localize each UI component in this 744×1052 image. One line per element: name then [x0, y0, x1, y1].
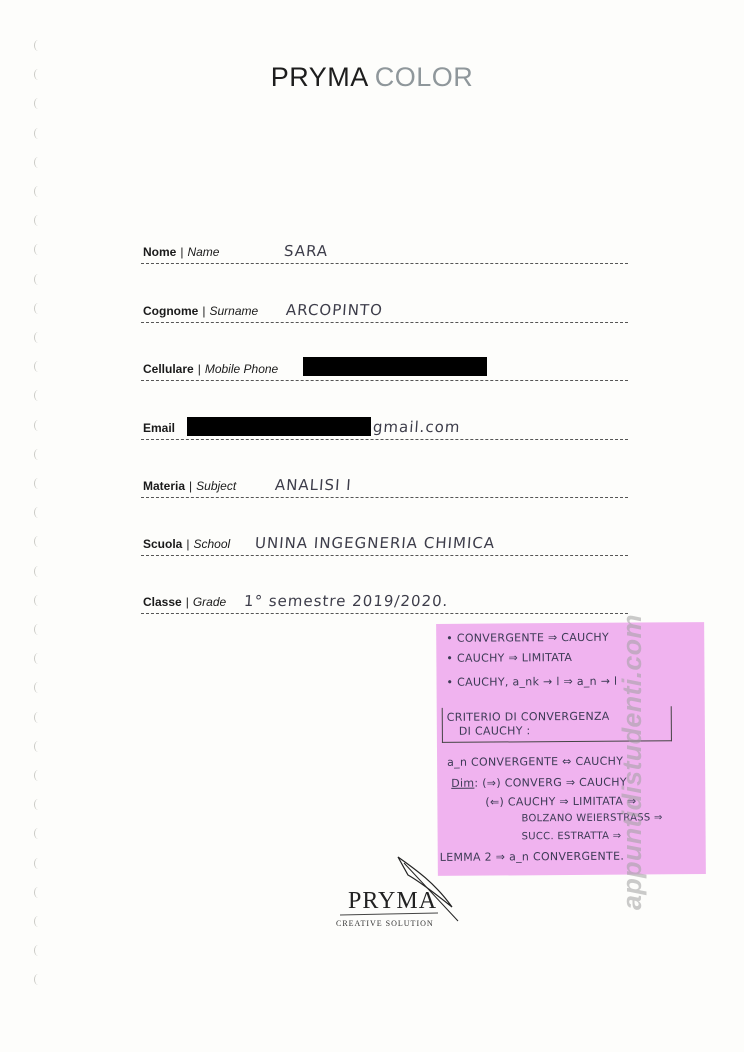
field-school: Scuola|School UNINA INGEGNERIA CHIMICA [141, 531, 628, 556]
binder-hole [34, 653, 42, 664]
note-line: • CONVERGENTE ⇒ CAUCHY [446, 631, 609, 645]
binder-hole [34, 624, 42, 635]
binder-hole [34, 274, 42, 285]
field-label-en: School [193, 537, 230, 551]
field-label: Cellulare [143, 362, 194, 376]
binder-hole [34, 566, 42, 577]
field-subject: Materia|Subject ANALISI I [141, 473, 628, 498]
binder-hole [34, 157, 42, 168]
field-label: Scuola [143, 537, 182, 551]
field-label-en: Surname [209, 304, 258, 318]
field-label-en: Subject [196, 479, 236, 493]
binder-hole [34, 40, 42, 51]
field-label: Classe [143, 595, 182, 609]
footer-logo: PRYMA CREATIVE SOLUTION [330, 855, 470, 935]
field-label: Email [143, 421, 175, 435]
note-line: CRITERIO DI CONVERGENZA [447, 710, 610, 724]
binder-hole [34, 712, 42, 723]
binder-hole [34, 916, 42, 927]
note-line: a_n CONVERGENTE ⇔ CAUCHY [447, 755, 623, 769]
logo-name: PRYMA [348, 888, 437, 915]
field-label: Cognome [143, 304, 198, 318]
field-grade: Classe|Grade 1° semestre 2019/2020. [141, 589, 628, 614]
binder-hole [34, 682, 42, 693]
binder-hole [34, 244, 42, 255]
logo-tagline: CREATIVE SOLUTION [336, 919, 434, 928]
binder-hole [34, 186, 42, 197]
redaction-bar [303, 357, 487, 376]
binder-hole [34, 361, 42, 372]
binder-hole [34, 215, 42, 226]
sticky-note: • CONVERGENTE ⇒ CAUCHY • CAUCHY ⇒ LIMITA… [436, 622, 706, 876]
redaction-bar [187, 417, 371, 436]
note-line: DI CAUCHY : [459, 724, 531, 737]
binder-hole [34, 945, 42, 956]
binder-hole [34, 595, 42, 606]
watermark: appuntidistudenti.com [617, 614, 648, 910]
brand-name-part2: COLOR [375, 62, 474, 92]
binder-hole [34, 449, 42, 460]
binder-hole [34, 887, 42, 898]
binder-hole [34, 303, 42, 314]
field-value-surname: ARCOPINTO [285, 301, 383, 319]
note-line: SUCC. ESTRATTA ⇒ [522, 831, 622, 843]
binder-hole [34, 390, 42, 401]
binder-hole [34, 536, 42, 547]
binder-hole [34, 420, 42, 431]
field-label-en: Grade [193, 595, 226, 609]
binder-hole [34, 478, 42, 489]
binder-hole [34, 98, 42, 109]
field-mobile-phone: Cellulare|Mobile Phone [141, 356, 628, 381]
field-email: Email gmail.com [141, 415, 628, 440]
binder-hole [34, 332, 42, 343]
field-value-name: SARA [283, 242, 328, 260]
binder-hole [34, 799, 42, 810]
field-label: Nome [143, 245, 176, 259]
field-surname: Cognome|Surname ARCOPINTO [141, 298, 628, 323]
field-value-email: gmail.com [372, 418, 461, 436]
field-label: Materia [143, 479, 185, 493]
note-line: Dim [451, 777, 474, 790]
binder-hole [34, 974, 42, 985]
field-value-subject: ANALISI I [274, 476, 352, 494]
field-label-en: Mobile Phone [205, 362, 278, 376]
field-value-grade: 1° semestre 2019/2020. [243, 592, 449, 610]
note-line: (⇐) CAUCHY ⇒ LIMITATA ⇒ [485, 795, 636, 809]
binder-hole [34, 828, 42, 839]
binder-hole [34, 770, 42, 781]
field-label-en: Name [187, 245, 219, 259]
brand-header: PRYMACOLOR [0, 62, 744, 93]
binder-hole [34, 128, 42, 139]
binder-hole [34, 507, 42, 518]
note-line: • CAUCHY ⇒ LIMITATA [446, 651, 572, 665]
binder-hole [34, 741, 42, 752]
brand-name-part1: PRYMA [271, 62, 369, 92]
note-line: • CAUCHY, a_nk → l ⇒ a_n → l [446, 675, 617, 689]
field-value-school: UNINA INGEGNERIA CHIMICA [254, 534, 495, 552]
note-line: : (⇒) CONVERG ⇒ CAUCHY [474, 776, 627, 790]
binder-hole [34, 858, 42, 869]
field-name: Nome|Name SARA [141, 239, 628, 264]
